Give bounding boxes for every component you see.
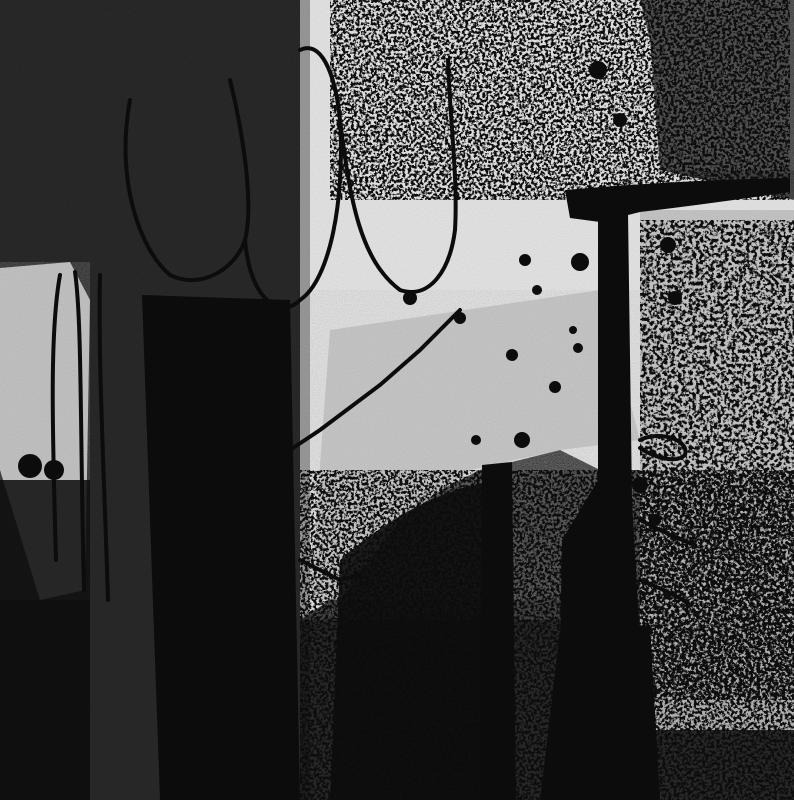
top-dark-speckle [330,0,790,200]
splatter-dot [569,326,577,334]
splatter-dot [532,285,542,295]
splatter-dot [454,312,466,324]
splatter-dot [519,254,531,266]
splatter-dot [571,253,589,271]
abstract-painting [0,0,794,800]
lower-left-dark [0,480,90,800]
splatter-dot [649,514,661,526]
splatter-dot [613,113,627,127]
lower-right-black [540,625,660,800]
splatter-dot [44,460,64,480]
splatter-dot [632,477,648,493]
splatter-dot [573,343,583,353]
splatter-dot [589,61,607,79]
splatter-dot [660,237,676,253]
splatter-dot [549,381,561,393]
splatter-dot [403,291,417,305]
seam-shadow [300,0,310,800]
splatter-dot [506,349,518,361]
splatter-dot [18,454,42,478]
center-black-bar [480,462,516,800]
left-black-column [142,295,300,800]
splatter-dot [471,435,481,445]
splatter-dot [668,291,682,305]
splatter-dot [514,432,530,448]
